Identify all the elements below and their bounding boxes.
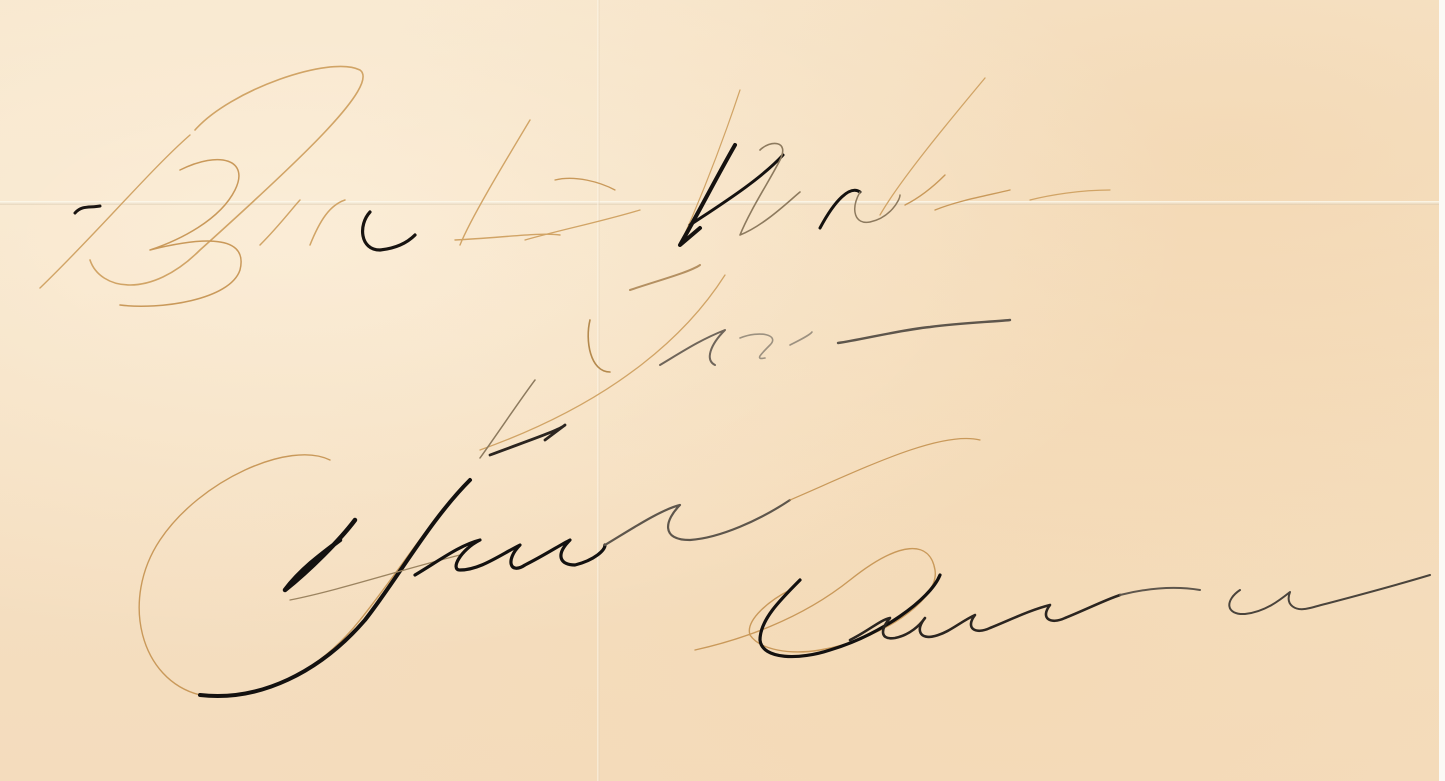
- aged-paper-document: Best Wishes from Jesse Owens: [0, 0, 1445, 781]
- connector-handwriting: [480, 265, 1010, 458]
- signature-handwriting: [139, 438, 1430, 696]
- handwriting-ink: [0, 0, 1445, 781]
- salutation-handwriting: [40, 66, 1110, 306]
